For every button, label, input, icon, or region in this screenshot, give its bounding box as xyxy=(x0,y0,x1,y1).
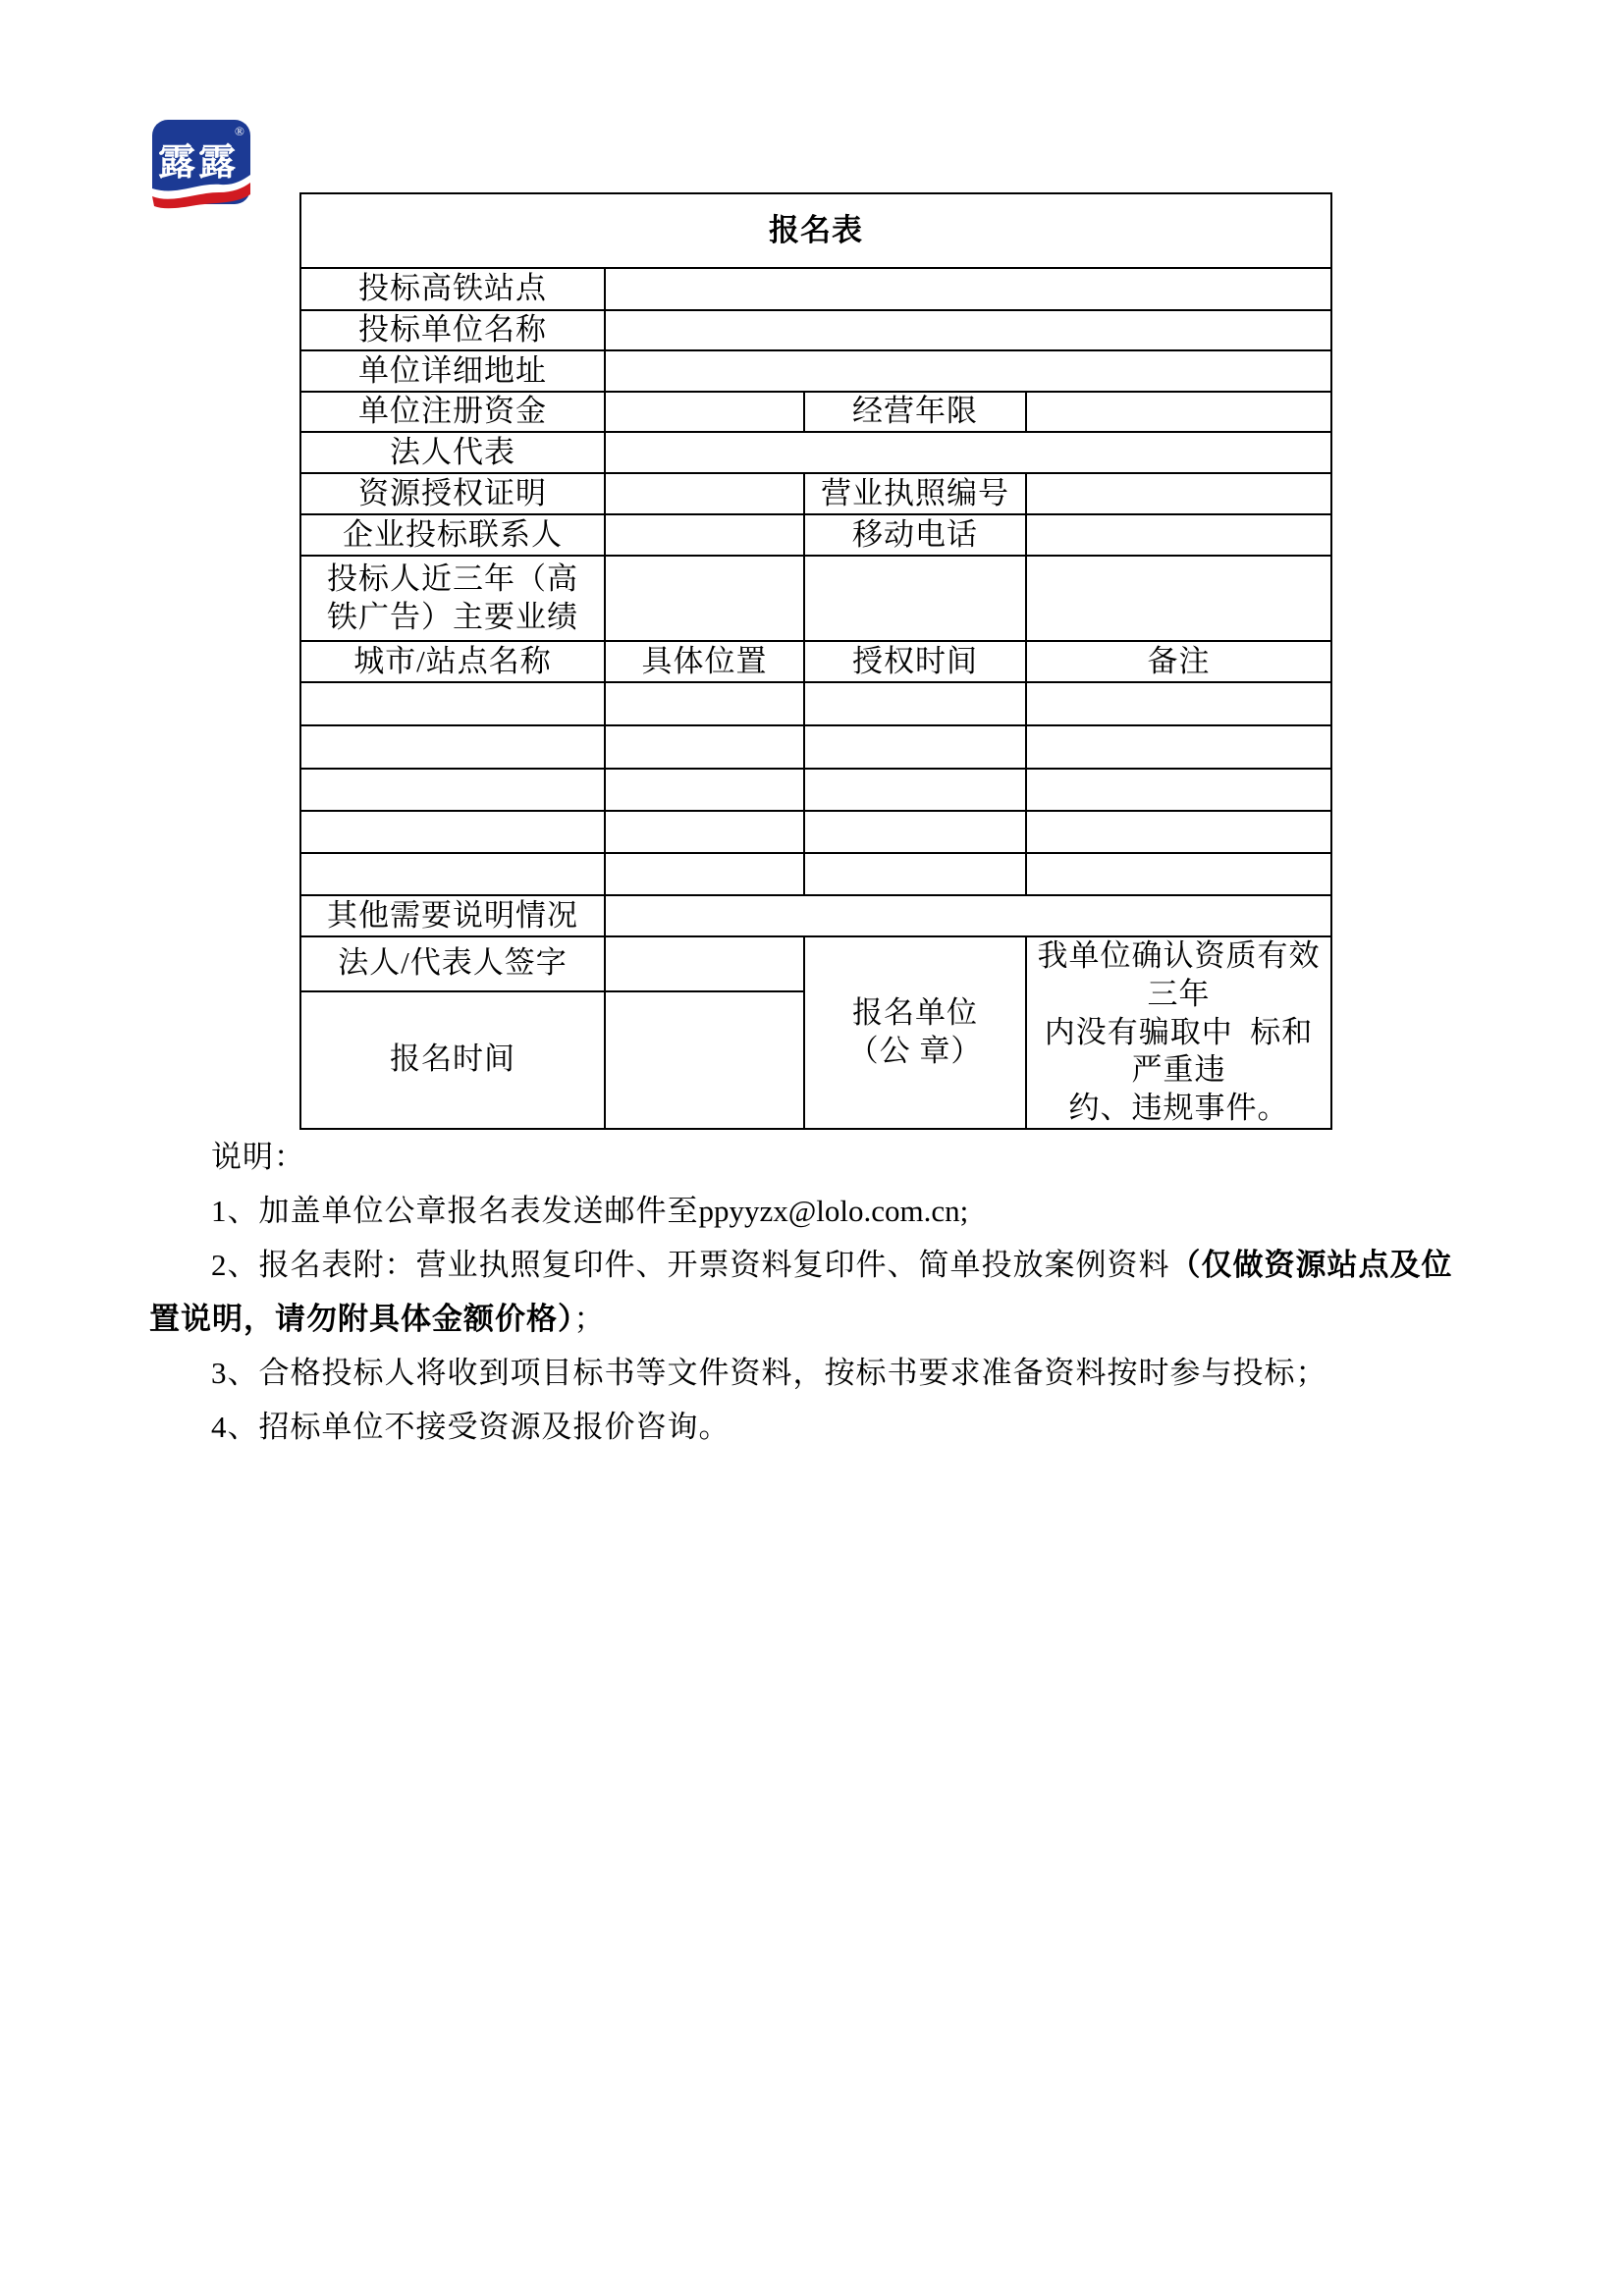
document-page: 露露 ® 报名表投标高铁站点投标单位名称单位详细地址单位注册资金经营年限法人代表… xyxy=(0,0,1624,2296)
label-signature: 法人/代表人签字 xyxy=(300,936,605,991)
blank-cell xyxy=(605,811,804,853)
label-application-date: 报名时间 xyxy=(300,991,605,1129)
blank-cell xyxy=(605,769,804,811)
label-bid-station: 投标高铁站点 xyxy=(300,268,605,310)
input-legal-representative xyxy=(605,432,1331,473)
label-recent-performance: 投标人近三年（高 铁广告）主要业绩 xyxy=(300,556,605,641)
note-text-segment: 说明： xyxy=(211,1140,305,1174)
blank-cell xyxy=(1026,769,1331,811)
table-row xyxy=(300,853,1331,895)
blank-cell xyxy=(1026,725,1331,769)
header-location: 具体位置 xyxy=(605,641,804,682)
label-other-notes: 其他需要说明情况 xyxy=(300,895,605,936)
blank-cell xyxy=(300,725,605,769)
blank-cell xyxy=(1026,853,1331,895)
blank-cell xyxy=(605,725,804,769)
table-row xyxy=(300,725,1331,769)
input-signature xyxy=(605,936,804,991)
input-registered-capital xyxy=(605,392,804,432)
blank-cell xyxy=(804,811,1026,853)
blank-cell xyxy=(300,811,605,853)
label-mobile-phone: 移动电话 xyxy=(804,514,1026,556)
input-other-notes xyxy=(605,895,1331,936)
table-row: 资源授权证明营业执照编号 xyxy=(300,473,1331,514)
table-row: 法人/代表人签字报名单位 （公 章）我单位确认资质有效 三年 内没有骗取中 标和… xyxy=(300,936,1331,991)
input-bid-station xyxy=(605,268,1331,310)
form-table-body: 报名表投标高铁站点投标单位名称单位详细地址单位注册资金经营年限法人代表资源授权证… xyxy=(300,193,1331,1129)
note-text-segment: 3、合格投标人将收到项目标书等文件资料，按标书要求准备资料按时参与投标； xyxy=(211,1356,1327,1390)
form-table: 报名表投标高铁站点投标单位名称单位详细地址单位注册资金经营年限法人代表资源授权证… xyxy=(299,192,1332,1130)
table-row xyxy=(300,682,1331,725)
table-row xyxy=(300,811,1331,853)
blank-cell xyxy=(804,682,1026,725)
table-row: 单位注册资金经营年限 xyxy=(300,392,1331,432)
note-text-segment: 4、招标单位不接受资源及报价咨询。 xyxy=(211,1410,731,1444)
lolo-brand-logo: 露露 ® xyxy=(152,120,250,214)
label-legal-representative: 法人代表 xyxy=(300,432,605,473)
table-row: 单位详细地址 xyxy=(300,350,1331,392)
input-performance-1 xyxy=(605,556,804,641)
note-text-segment: ppyyzx@lolo.com.cn; xyxy=(699,1194,969,1228)
header-city-station: 城市/站点名称 xyxy=(300,641,605,682)
note-line: 2、报名表附：营业执照复印件、开票资料复印件、简单投放案例资料（仅做资源站点及位 xyxy=(149,1238,1504,1292)
input-resource-authorization xyxy=(605,473,804,514)
blank-cell xyxy=(300,769,605,811)
note-line: 4、招标单位不接受资源及报价咨询。 xyxy=(149,1400,1504,1454)
input-operating-years xyxy=(1026,392,1331,432)
label-applicant-seal: 报名单位 （公 章） xyxy=(804,936,1026,1129)
note-text-segment: 1、加盖单位公章报名表发送邮件至 xyxy=(211,1194,699,1228)
blank-cell xyxy=(1026,682,1331,725)
note-text-segment: （仅做资源站点及位 xyxy=(1170,1248,1453,1282)
table-row: 投标单位名称 xyxy=(300,310,1331,350)
table-row: 城市/站点名称具体位置授权时间备注 xyxy=(300,641,1331,682)
notes-section: 说明：1、加盖单位公章报名表发送邮件至ppyyzx@lolo.com.cn;2、… xyxy=(149,1130,1504,1454)
logo-brand-text: 露露 xyxy=(158,142,239,184)
input-business-license-no xyxy=(1026,473,1331,514)
label-resource-authorization: 资源授权证明 xyxy=(300,473,605,514)
label-business-license-no: 营业执照编号 xyxy=(804,473,1026,514)
blank-cell xyxy=(804,769,1026,811)
blank-cell xyxy=(605,682,804,725)
note-line: 说明： xyxy=(149,1130,1504,1184)
blank-cell xyxy=(605,853,804,895)
table-row: 其他需要说明情况 xyxy=(300,895,1331,936)
blank-cell xyxy=(1026,811,1331,853)
label-address: 单位详细地址 xyxy=(300,350,605,392)
input-bidder-name xyxy=(605,310,1331,350)
header-authorization-time: 授权时间 xyxy=(804,641,1026,682)
table-row: 报名表 xyxy=(300,193,1331,268)
label-contact-person: 企业投标联系人 xyxy=(300,514,605,556)
lolo-logo-graphic: 露露 ® xyxy=(152,120,250,214)
label-registered-capital: 单位注册资金 xyxy=(300,392,605,432)
input-contact-person xyxy=(605,514,804,556)
table-row: 企业投标联系人移动电话 xyxy=(300,514,1331,556)
table-row: 投标人近三年（高 铁广告）主要业绩 xyxy=(300,556,1331,641)
blank-cell xyxy=(300,682,605,725)
input-performance-3 xyxy=(1026,556,1331,641)
header-remarks: 备注 xyxy=(1026,641,1331,682)
note-text-segment: 2、报名表附：营业执照复印件、开票资料复印件、简单投放案例资料 xyxy=(211,1248,1170,1282)
note-line: 3、合格投标人将收到项目标书等文件资料，按标书要求准备资料按时参与投标； xyxy=(149,1346,1504,1400)
label-operating-years: 经营年限 xyxy=(804,392,1026,432)
label-bidder-name: 投标单位名称 xyxy=(300,310,605,350)
table-row xyxy=(300,769,1331,811)
table-row: 投标高铁站点 xyxy=(300,268,1331,310)
input-application-date xyxy=(605,991,804,1129)
blank-cell xyxy=(804,853,1026,895)
note-text-segment: 置说明，请勿附具体金额价格） xyxy=(149,1302,574,1336)
form-title: 报名表 xyxy=(300,193,1331,268)
blank-cell xyxy=(300,853,605,895)
input-performance-2 xyxy=(804,556,1026,641)
input-mobile-phone xyxy=(1026,514,1331,556)
logo-registered-mark: ® xyxy=(235,124,244,138)
input-address xyxy=(605,350,1331,392)
note-text-segment: ； xyxy=(574,1302,606,1336)
declaration-text: 我单位确认资质有效 三年 内没有骗取中 标和严重违 约、违规事件。 xyxy=(1026,936,1331,1129)
note-line: 置说明，请勿附具体金额价格）； xyxy=(149,1292,1504,1346)
table-row: 法人代表 xyxy=(300,432,1331,473)
note-line: 1、加盖单位公章报名表发送邮件至ppyyzx@lolo.com.cn; xyxy=(149,1184,1504,1238)
blank-cell xyxy=(804,725,1026,769)
